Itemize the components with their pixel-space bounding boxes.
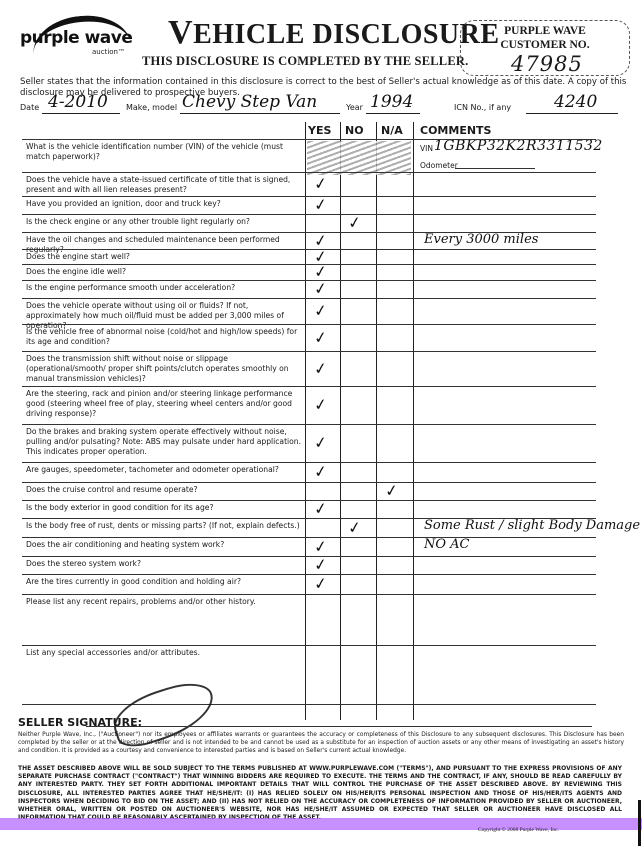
- answer-cell-yes[interactable]: ✓: [306, 574, 340, 594]
- question-text: Is the check engine or any other trouble…: [26, 217, 304, 227]
- column-comments: COMMENTS: [420, 124, 491, 137]
- answer-cell-na: [377, 139, 411, 172]
- checkmark-icon: ✓: [313, 463, 329, 481]
- customer-box-line2: CUSTOMER NO.: [461, 39, 629, 51]
- question-text: Are the steering, rack and pinion and/or…: [26, 389, 304, 419]
- checkmark-icon: ✓: [313, 302, 329, 320]
- column-no: NO: [345, 124, 364, 137]
- answer-cell-yes[interactable]: ✓: [306, 351, 340, 386]
- comment-value[interactable]: NO AC: [424, 537, 470, 552]
- date-label: Date: [20, 103, 39, 112]
- answer-cell-no[interactable]: [340, 249, 374, 264]
- question-text: Does the air conditioning and heating sy…: [26, 540, 304, 550]
- customer-number-box: PURPLE WAVE CUSTOMER NO. 47985: [460, 20, 630, 76]
- column-na: N/A: [381, 124, 403, 137]
- column-yes: YES: [308, 124, 331, 137]
- answer-cell-yes[interactable]: ✓: [306, 280, 340, 298]
- checkmark-icon: ✓: [384, 482, 400, 500]
- answer-cell-na[interactable]: [377, 280, 411, 298]
- answer-cell-yes: [306, 139, 340, 172]
- vehicle-info-line: Date 4-2010 Make, model Chevy Step Van Y…: [20, 94, 620, 116]
- logo-wordmark: purple wave: [20, 28, 132, 48]
- vin-value[interactable]: 1GBKP32K2R3311532: [434, 138, 603, 154]
- question-text: Does the engine idle well?: [26, 267, 304, 277]
- copyright: Copyright © 2008 Purple Wave, Inc.: [478, 827, 559, 833]
- checkmark-icon: ✓: [347, 519, 363, 537]
- answer-cell-na[interactable]: [377, 264, 411, 280]
- answer-cell-no[interactable]: [340, 482, 374, 500]
- answer-cell-na[interactable]: [377, 518, 411, 537]
- comment-value[interactable]: Every 3000 miles: [424, 232, 538, 247]
- checkmark-icon: ✓: [313, 175, 329, 193]
- answer-cell-yes[interactable]: ✓: [306, 298, 340, 324]
- answer-cell-no[interactable]: [340, 594, 374, 645]
- icn-label: ICN No., if any: [454, 103, 511, 112]
- answer-cell-no[interactable]: [340, 196, 374, 214]
- answer-cell-no[interactable]: [340, 324, 374, 351]
- answer-cell-no[interactable]: [340, 351, 374, 386]
- question-text: Is the engine performance smooth under a…: [26, 283, 304, 293]
- answer-cell-na[interactable]: [377, 249, 411, 264]
- row-divider: [22, 704, 596, 705]
- answer-cell-na[interactable]: [377, 500, 411, 518]
- answer-cell-no[interactable]: [340, 500, 374, 518]
- answer-cell-na[interactable]: [377, 324, 411, 351]
- make-model-label: Make, model: [126, 103, 177, 112]
- answer-cell-yes[interactable]: [306, 214, 340, 232]
- answer-cell-no[interactable]: [340, 462, 374, 482]
- answer-cell-no: [340, 139, 374, 172]
- answer-cell-na[interactable]: [377, 537, 411, 556]
- answer-cell-na[interactable]: [377, 232, 411, 249]
- grid-divider: [413, 122, 414, 720]
- question-text: Does the cruise control and resume opera…: [26, 485, 304, 495]
- seller-signature-field[interactable]: [86, 726, 592, 727]
- terms-text: THE ASSET DESCRIBED ABOVE WILL BE SOLD S…: [18, 765, 622, 822]
- vin-label: VIN: [420, 144, 433, 153]
- answer-cell-yes[interactable]: ✓: [306, 424, 340, 462]
- question-text: Does the stereo system work?: [26, 559, 304, 569]
- page-title: VEHICLE DISCLOSURE: [168, 14, 500, 52]
- answer-cell-yes[interactable]: ✓: [306, 196, 340, 214]
- odometer-field[interactable]: [455, 168, 535, 169]
- answer-cell-no[interactable]: [340, 232, 374, 249]
- question-text: Does the transmission shift without nois…: [26, 354, 304, 384]
- year-label: Year: [346, 103, 363, 112]
- answer-cell-no[interactable]: [340, 645, 374, 705]
- question-text: What is the vehicle identification numbe…: [26, 142, 304, 162]
- answer-cell-no[interactable]: [340, 280, 374, 298]
- answer-cell-no[interactable]: ✓: [340, 214, 374, 232]
- answer-cell-no[interactable]: [340, 264, 374, 280]
- question-text: Does the vehicle have a state-issued cer…: [26, 175, 304, 195]
- answer-cell-no[interactable]: ✓: [340, 518, 374, 537]
- question-text: Is the body exterior in good condition f…: [26, 503, 304, 513]
- question-text: Does the engine start well?: [26, 252, 304, 262]
- icn-field[interactable]: 4240: [526, 93, 618, 114]
- answer-cell-no[interactable]: [340, 298, 374, 324]
- answer-cell-na[interactable]: [377, 386, 411, 424]
- question-text: Have you provided an ignition, door and …: [26, 199, 304, 209]
- answer-cell-na[interactable]: [377, 574, 411, 594]
- purple-wave-logo: purple wave auction™: [18, 14, 133, 54]
- answer-cell-no[interactable]: [340, 424, 374, 462]
- answer-cell-yes[interactable]: [306, 518, 340, 537]
- date-field[interactable]: 4-2010: [42, 93, 120, 114]
- checkmark-icon: ✓: [313, 280, 329, 298]
- disclaimer-text: Neither Purple Wave, Inc., ("Auctioneer"…: [18, 731, 624, 755]
- checkmark-icon: ✓: [313, 396, 329, 414]
- checkmark-icon: ✓: [313, 360, 329, 378]
- answer-cell-yes[interactable]: ✓: [306, 556, 340, 574]
- answer-cell-na[interactable]: [377, 196, 411, 214]
- answer-cell-na[interactable]: [377, 556, 411, 574]
- question-text: Are the tires currently in good conditio…: [26, 577, 304, 587]
- checkmark-icon: ✓: [313, 538, 329, 556]
- answer-cell-yes[interactable]: [306, 594, 340, 645]
- make-model-field[interactable]: Chevy Step Van: [180, 93, 340, 114]
- question-text: Do the brakes and braking system operate…: [26, 427, 304, 457]
- answer-cell-na[interactable]: [377, 462, 411, 482]
- checkmark-icon: ✓: [313, 329, 329, 347]
- answer-cell-no[interactable]: [340, 172, 374, 196]
- question-text: Please list any recent repairs, problems…: [26, 597, 304, 607]
- answer-cell-yes[interactable]: ✓: [306, 500, 340, 518]
- odometer-label: Odometer: [420, 161, 458, 170]
- checkmark-icon: ✓: [313, 575, 329, 593]
- answer-cell-na[interactable]: [377, 594, 411, 645]
- answer-cell-no[interactable]: [340, 574, 374, 594]
- answer-cell-no[interactable]: [340, 556, 374, 574]
- answer-cell-na[interactable]: [377, 172, 411, 196]
- checkmark-icon: ✓: [313, 556, 329, 574]
- customer-box-line1: PURPLE WAVE: [461, 25, 629, 37]
- answer-cell-yes[interactable]: [306, 645, 340, 705]
- answer-cell-no[interactable]: [340, 386, 374, 424]
- answer-cell-yes[interactable]: ✓: [306, 172, 340, 196]
- answer-cell-yes[interactable]: [306, 482, 340, 500]
- answer-cell-yes[interactable]: ✓: [306, 324, 340, 351]
- answer-cell-na[interactable]: ✓: [377, 482, 411, 500]
- customer-number[interactable]: 47985: [511, 52, 583, 76]
- answer-cell-na[interactable]: [377, 424, 411, 462]
- answer-cell-na[interactable]: [377, 298, 411, 324]
- checkmark-icon: ✓: [347, 214, 363, 232]
- year-field[interactable]: 1994: [366, 93, 420, 114]
- scan-edge: [638, 800, 641, 846]
- answer-cell-na[interactable]: [377, 351, 411, 386]
- checkmark-icon: ✓: [313, 196, 329, 214]
- logo-subtext: auction™: [92, 48, 125, 56]
- answer-cell-yes[interactable]: ✓: [306, 537, 340, 556]
- question-text: Are gauges, speedometer, tachometer and …: [26, 465, 304, 475]
- answer-cell-no[interactable]: [340, 537, 374, 556]
- question-text: List any special accessories and/or attr…: [26, 648, 304, 658]
- question-text: Is the vehicle free of abnormal noise (c…: [26, 327, 304, 347]
- comment-value[interactable]: Some Rust / slight Body Damage: [424, 518, 640, 533]
- answer-cell-yes[interactable]: ✓: [306, 386, 340, 424]
- answer-cell-na[interactable]: [377, 645, 411, 705]
- answer-cell-na[interactable]: [377, 214, 411, 232]
- checkmark-icon: ✓: [313, 434, 329, 452]
- checkmark-icon: ✓: [313, 500, 329, 518]
- page-subtitle: THIS DISCLOSURE IS COMPLETED BY THE SELL…: [142, 54, 468, 69]
- answer-cell-yes[interactable]: ✓: [306, 462, 340, 482]
- question-text: Is the body free of rust, dents or missi…: [26, 521, 304, 531]
